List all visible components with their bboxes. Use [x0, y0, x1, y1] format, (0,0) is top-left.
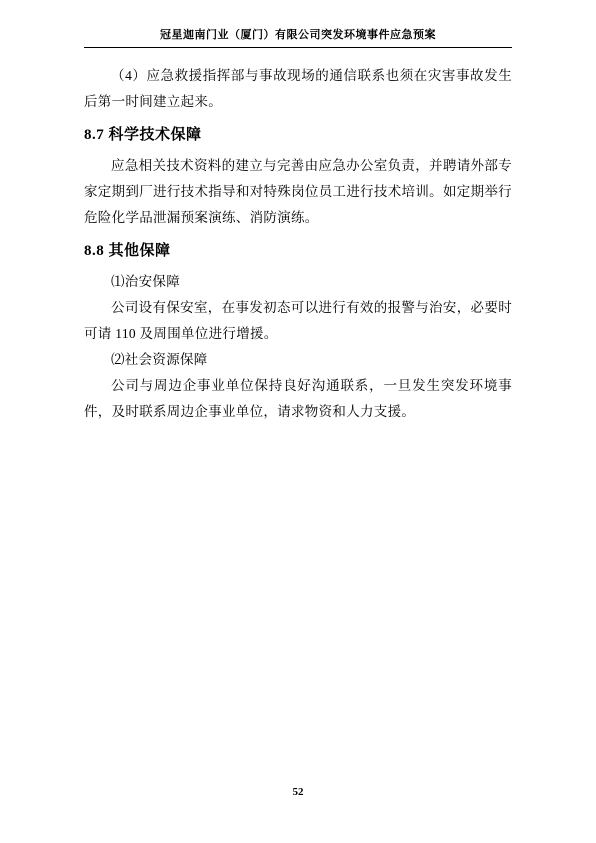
paragraph-social-resources: 公司与周边企事业单位保持良好沟通联系，一旦发生突发环境事件，及时联系周边企事业单…	[84, 373, 512, 425]
paragraph-security-room: 公司设有保安室，在事发初态可以进行有效的报警与治安，必要时可请 110 及周围单…	[84, 295, 512, 347]
paragraph-technical-support: 应急相关技术资料的建立与完善由应急办公室负责，并聘请外部专家定期到厂进行技术指导…	[84, 153, 512, 231]
section-heading-8-8: 8.8 其他保障	[84, 241, 512, 261]
document-page: 冠星迦南门业（厦门）有限公司突发环境事件应急预案 （4）应急救援指挥部与事故现场…	[0, 0, 596, 843]
subheading-public-security: ⑴治安保障	[84, 269, 512, 295]
page-number: 52	[293, 786, 304, 798]
section-heading-8-7: 8.7 科学技术保障	[84, 125, 512, 145]
document-body: （4）应急救援指挥部与事故现场的通信联系也须在灾害事故发生后第一时间建立起来。 …	[84, 63, 512, 425]
page-footer: 52	[0, 786, 596, 798]
subheading-social-resources: ⑵社会资源保障	[84, 347, 512, 373]
document-header-title: 冠星迦南门业（厦门）有限公司突发环境事件应急预案	[84, 26, 512, 48]
paragraph-communication: （4）应急救援指挥部与事故现场的通信联系也须在灾害事故发生后第一时间建立起来。	[84, 63, 512, 115]
